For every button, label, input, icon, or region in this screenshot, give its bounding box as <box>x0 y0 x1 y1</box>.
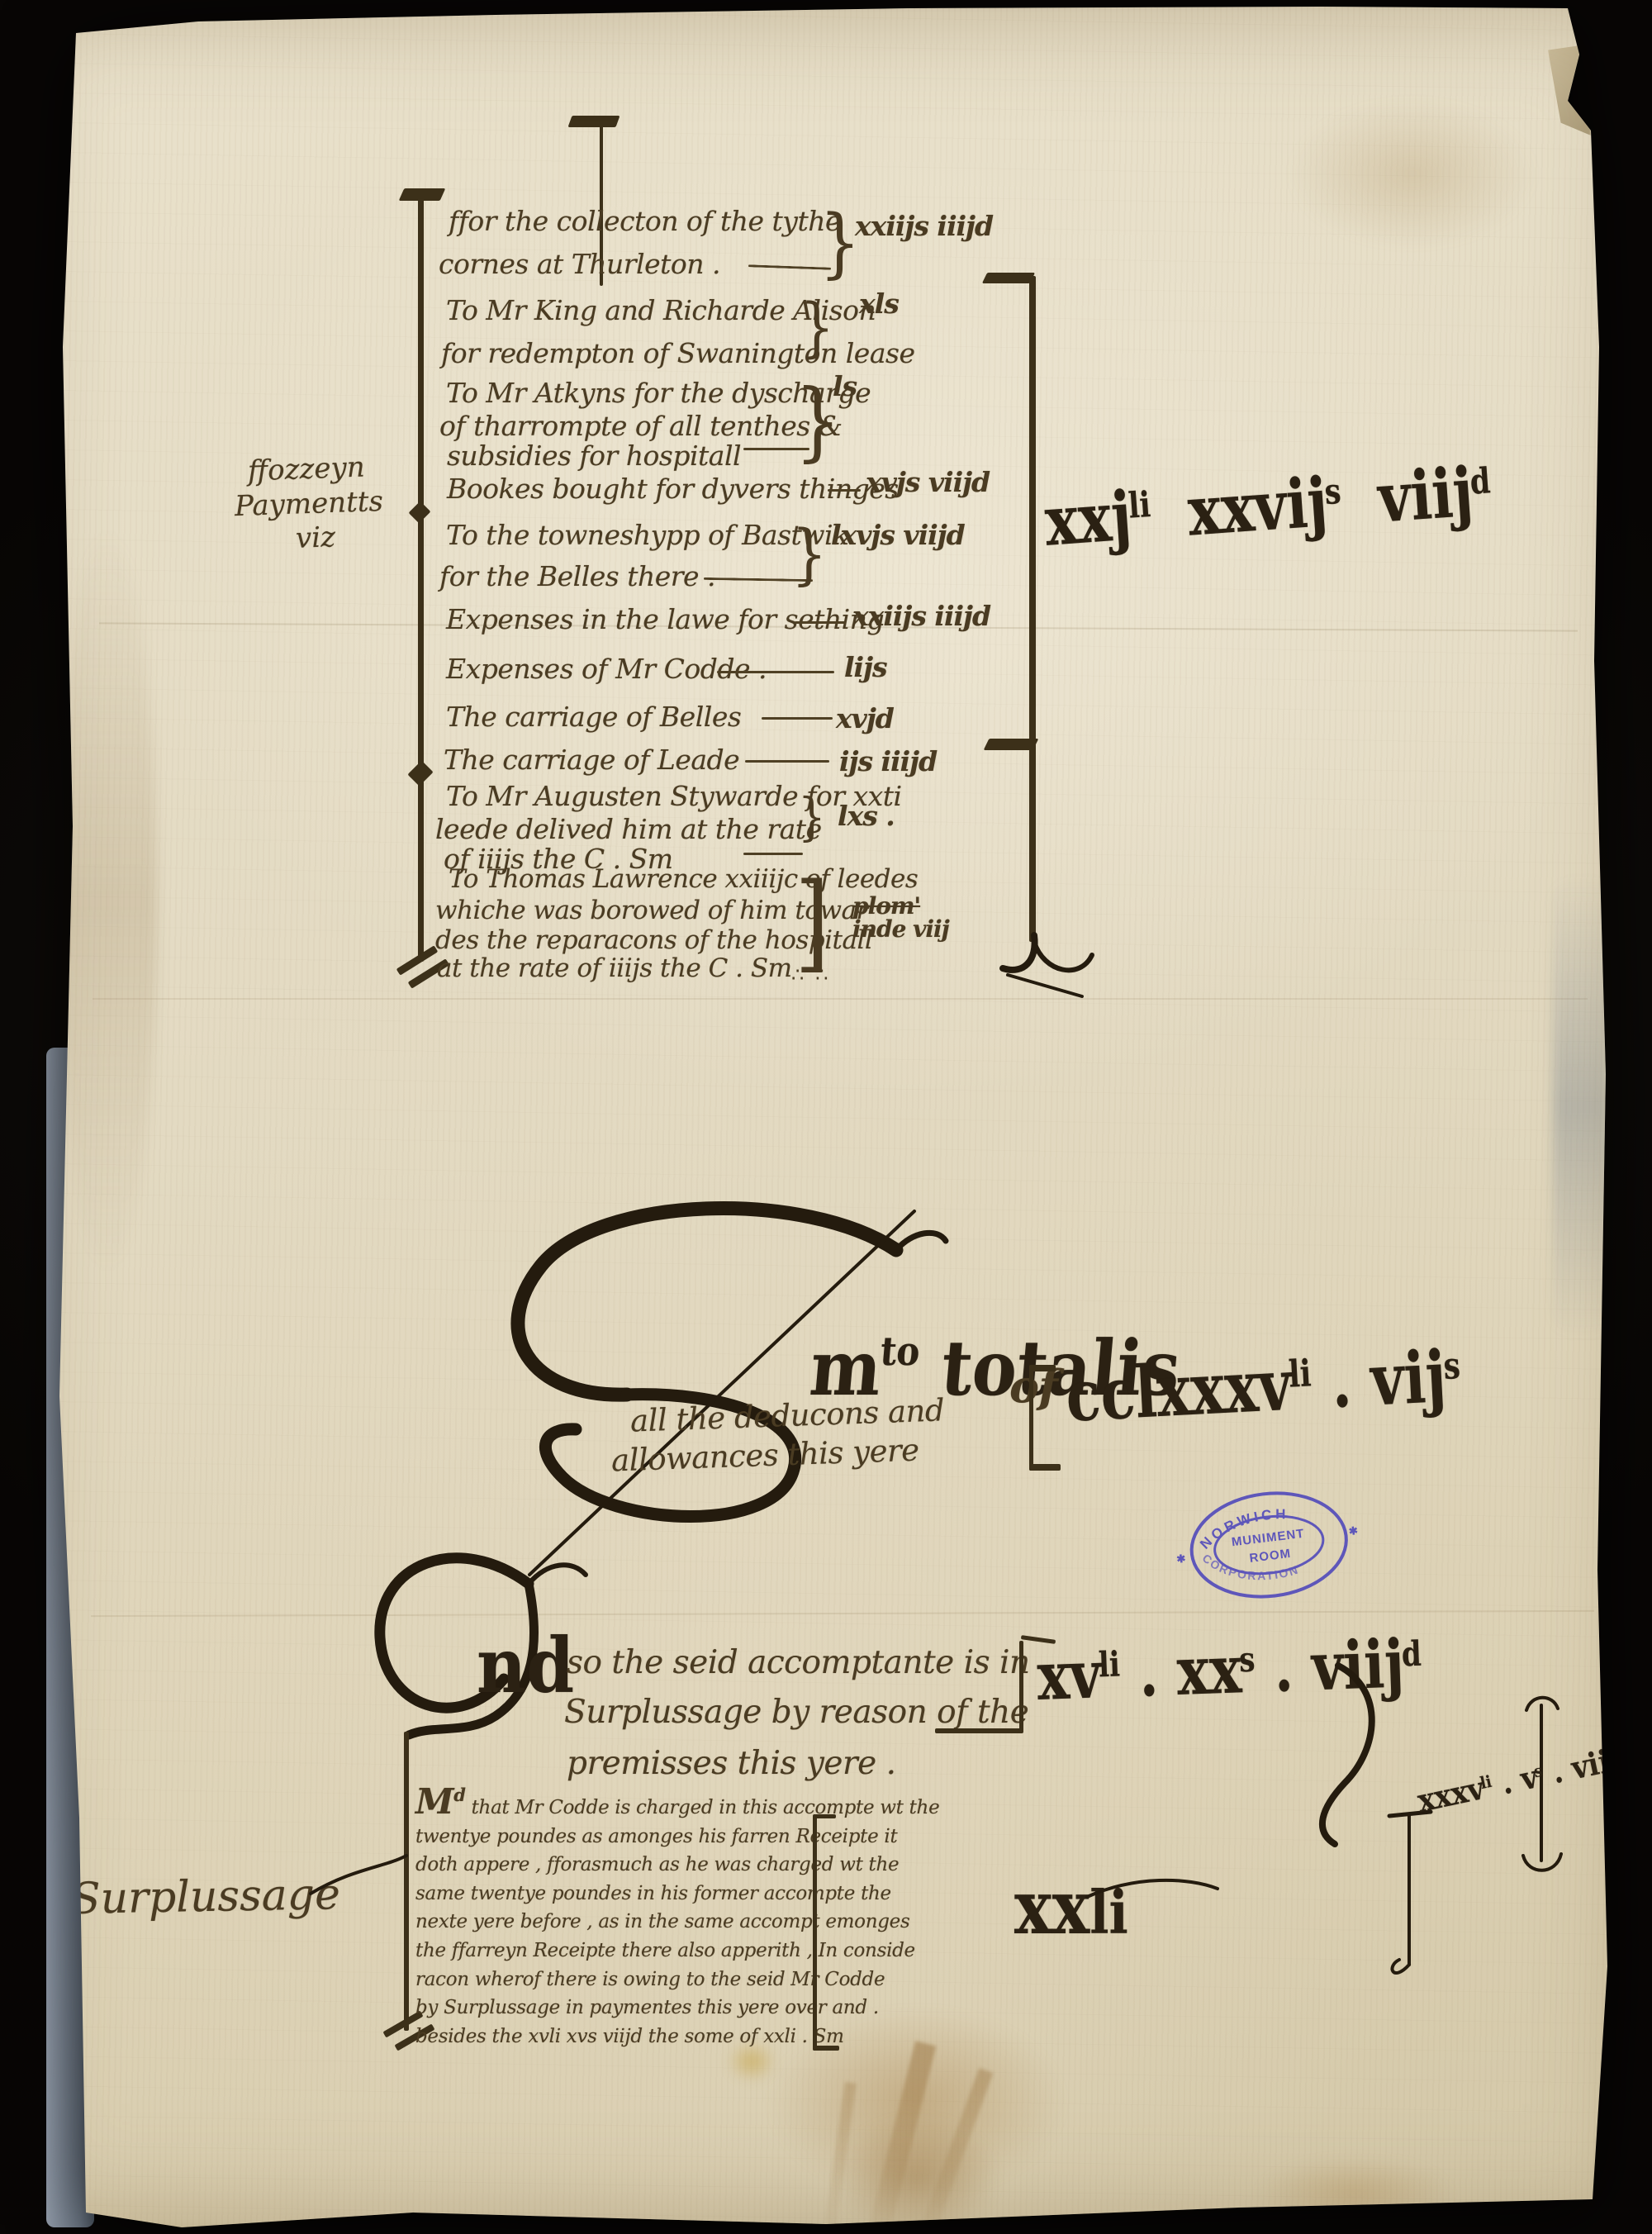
stamp-center-line2: ROOM <box>1249 1547 1292 1566</box>
surplus-line: so the seid accomptante is in <box>567 1644 1030 1681</box>
left-bracket <box>418 195 424 962</box>
memo-line: doth appere , fforasmuch as he was charg… <box>415 1851 939 1880</box>
entry-brace: } <box>800 291 834 365</box>
memo-right-bracket-tick <box>813 2046 839 2051</box>
entry-line: for redempton of Swanington lease <box>441 337 914 369</box>
memo-line: besides the xvli xvs viijd the some of x… <box>415 2022 939 2051</box>
right-bracket <box>1029 276 1036 942</box>
sum-bracket <box>1029 1365 1033 1471</box>
unit-s: s <box>1323 471 1342 513</box>
memo-line: racon wherof there is owing to the seid … <box>415 1965 939 1994</box>
entry-amount: xxiijs iiijd <box>852 600 990 632</box>
torn-corner <box>1548 45 1591 135</box>
memo-line: Md that Mr Codde is charged in this acco… <box>415 1781 939 1823</box>
right-bracket-foot <box>975 917 1123 1008</box>
entry-amount: xls <box>859 288 899 320</box>
norwich-muniment-room-stamp: NORWICH CORPORATION MUNIMENT ROOM ✱ ✱ <box>1155 1457 1383 1630</box>
surplus-shillings: . xx <box>1137 1630 1242 1711</box>
entry-line: leede delived him at the rate <box>435 813 822 845</box>
left-bracket-joint <box>409 501 431 524</box>
entry-amount: ls <box>833 370 857 402</box>
right-bracket-serif <box>982 273 1035 283</box>
sum-shillings: . vij <box>1329 1335 1448 1424</box>
total-pounds: xxj <box>1042 477 1134 562</box>
entry-dash <box>717 671 834 673</box>
stain <box>1553 876 1611 1338</box>
surplus-line: premisses this yere . <box>567 1745 895 1782</box>
unit-s: s <box>1442 1343 1461 1388</box>
unit-li: li <box>1288 1352 1313 1396</box>
entry-amount: lxs . <box>838 800 895 832</box>
stain <box>1289 99 1536 248</box>
label-flourish <box>304 1851 411 1908</box>
right-bracket-serif <box>984 739 1039 750</box>
entry-amount: xxiijs iiijd <box>855 210 993 242</box>
stain <box>834 2115 999 2234</box>
corner-bracket <box>1376 1799 1450 1989</box>
entry-amount: lijs <box>844 651 887 683</box>
flourish-underline <box>743 853 803 855</box>
memo-side-pounds: xx <box>1014 1864 1089 1951</box>
payments-total: xxjli xxvijs viijd <box>1042 451 1493 561</box>
and-word: nd <box>477 1621 574 1710</box>
sum-pounds: cclxxxv <box>1064 1343 1294 1438</box>
amount-swash <box>1082 1869 1222 1905</box>
entry-brace: } <box>798 787 826 847</box>
entry-brace: } <box>791 516 827 592</box>
stain <box>58 529 157 1272</box>
unit-li: li <box>1098 1644 1121 1685</box>
margin-label-foreign-payments: ffozzeyn <box>247 451 365 488</box>
unit-d: d <box>1401 1633 1422 1675</box>
entry-line: of tharrompte of all tenthes & <box>439 410 843 442</box>
margin-label-foreign-payments: Paymentts <box>234 485 383 523</box>
surplus-bracket-foot <box>935 1728 1023 1733</box>
entry-dash <box>745 760 829 763</box>
corner-pounds: xxxv <box>1414 1769 1488 1819</box>
entry-amount: ijs iiijd <box>839 745 937 777</box>
memo-initial: Md <box>415 1781 466 1822</box>
photograph-background: ffozzeyn Paymentts viz ffor the collecto… <box>0 0 1652 2234</box>
memo-line: same twentye poundes in his former accom… <box>415 1880 939 1908</box>
crease-line <box>91 1610 1594 1617</box>
entry-dash <box>795 621 846 624</box>
inner-bracket-serif <box>567 116 619 127</box>
left-bracket-serif <box>399 188 446 201</box>
memo-paragraph: Md that Mr Codde is charged in this acco… <box>415 1781 939 2051</box>
memo-line: nexte yere before , as in the same accom… <box>415 1908 939 1937</box>
entry-line: ffor the collecton of the tythe <box>449 205 841 237</box>
stamp-center-line1: MUNIMENT <box>1231 1527 1305 1550</box>
unit-s: s <box>1238 1639 1256 1680</box>
sum-bracket-hook <box>1029 1365 1056 1371</box>
entry-line: The carriage of Leade <box>444 744 739 776</box>
entry-line: Expenses of Mr Codde . <box>446 653 767 685</box>
memo-line: by Surplussage in paymentes this yere ov… <box>415 1994 939 2022</box>
total-pence: viij <box>1375 453 1475 539</box>
unit-d: d <box>1469 461 1492 504</box>
flourish-underline <box>748 264 831 269</box>
entry-dash <box>828 489 861 492</box>
memo-right-bracket-tick <box>813 1814 836 1818</box>
crease-line <box>93 998 1588 1000</box>
entry-line: cornes at Thurleton . <box>439 248 720 280</box>
entry-amount: xvjd <box>836 702 894 734</box>
stamp-star-icon: ✱ <box>1348 1524 1359 1538</box>
entry-amount-corrected: inde viij <box>852 915 949 943</box>
sum-bracket-hook <box>1029 1464 1061 1471</box>
unit-d <box>1614 1745 1618 1764</box>
collation-dots: ∴ ∴ <box>791 963 832 987</box>
surplus-bracket <box>1019 1641 1023 1733</box>
entry-line: To Thomas Lawrence xxiiijc of leedes <box>449 864 918 894</box>
left-bracket-joint <box>407 760 433 786</box>
entry-dash <box>762 717 833 720</box>
entry-line: Expenses in the lawe for sething <box>446 603 884 635</box>
stamp-star-icon: ✱ <box>1176 1552 1187 1565</box>
entry-amount: lxvjs viijd <box>831 519 965 551</box>
entry-line: The carriage of Belles <box>446 701 741 733</box>
entry-line: To Mr Augusten Stywarde for xxti <box>446 780 902 812</box>
unit-li: li <box>1127 484 1152 527</box>
entry-line: subsidies for hospitall <box>447 440 741 472</box>
memo-line: twentye poundes as amonges his farren Re… <box>415 1823 939 1851</box>
surplus-pounds: xv <box>1036 1635 1102 1715</box>
manuscript-page: ffozzeyn Paymentts viz ffor the collecto… <box>0 0 1652 2234</box>
total-shillings: xxvij <box>1185 463 1330 552</box>
entry-line: To the towneshypp of Bastwik <box>446 519 849 551</box>
entry-amount: xvjs viijd <box>866 466 990 498</box>
sum-word-superscript: to <box>879 1329 922 1375</box>
memo-line: the ffarreyn Receipte there also apperit… <box>415 1937 939 1965</box>
surplus-line: Surplussage by reason of the <box>564 1694 1028 1731</box>
stain <box>1256 2156 1454 2231</box>
margin-label-foreign-payments: viz <box>295 520 335 555</box>
memo-right-bracket <box>813 1816 817 2051</box>
margin-label-surplussage: Surplussage <box>71 1870 341 1924</box>
entry-line: at the rate of iiijs the C . Sm <box>437 953 792 983</box>
entry-line: for the Belles there . <box>439 560 715 592</box>
